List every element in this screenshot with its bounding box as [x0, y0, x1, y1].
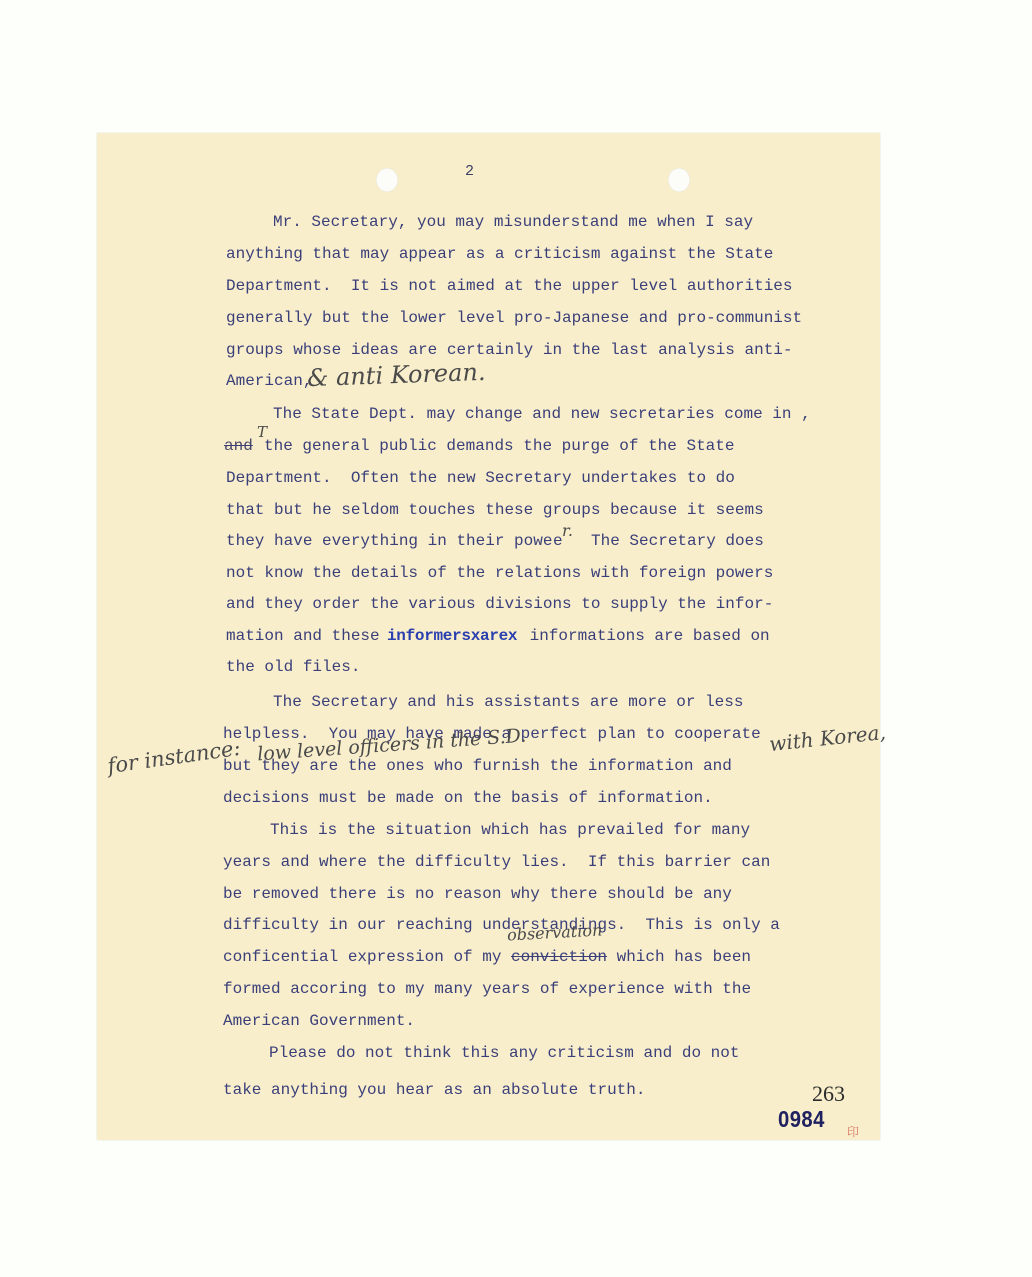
- text-line: Mr. Secretary, you may misunderstand me …: [273, 212, 753, 232]
- punch-hole-right: [668, 168, 690, 192]
- text-line: The State Dept. may change and new secre…: [273, 404, 811, 424]
- text-line: not know the details of the relations wi…: [226, 563, 773, 583]
- text-line: generally but the lower level pro-Japane…: [226, 308, 802, 328]
- text-line: formed accoring to my many years of expe…: [223, 979, 751, 999]
- page-number: 2: [465, 163, 474, 180]
- text-line: and they order the various divisions to …: [226, 594, 773, 614]
- handwritten-with-korea: with Korea,: [768, 720, 887, 756]
- text-line: The Secretary and his assistants are mor…: [273, 692, 743, 712]
- text-line: American,: [226, 371, 312, 391]
- struck-word-and: and: [224, 436, 253, 456]
- text-line: they have everything in their powe: [226, 531, 552, 551]
- text-line: informations are based on: [520, 626, 770, 646]
- handwritten-anti-korean: & anti Korean.: [307, 358, 486, 392]
- text-line: difficulty in our reaching understanding…: [223, 915, 780, 935]
- text-line: that but he seldom touches these groups …: [226, 500, 764, 520]
- text-line: years and where the difficulty lies. If …: [223, 852, 770, 872]
- text-line: but they are the ones who furnish the in…: [223, 756, 732, 776]
- red-seal-mark: 印: [847, 1123, 869, 1137]
- text-line: mation and these: [226, 626, 389, 646]
- text-line: decisions must be made on the basis of i…: [223, 788, 713, 808]
- text-line: the old files.: [226, 657, 360, 677]
- text-line: Please do not think this any criticism a…: [269, 1043, 739, 1063]
- handwritten-power-correction: r.: [562, 521, 573, 540]
- text-line: be removed there is no reason why there …: [223, 884, 732, 904]
- text-line: American Government.: [223, 1011, 415, 1031]
- text-line: groups whose ideas are certainly in the …: [226, 340, 793, 360]
- folio-number: 263: [812, 1081, 845, 1107]
- handwritten-observation: observation: [507, 921, 603, 945]
- punch-hole-left: [376, 168, 398, 192]
- overtyped-text: informersxarex: [387, 626, 517, 646]
- text-line: Department. It is not aimed at the upper…: [226, 276, 793, 296]
- text-line: Department. Often the new Secretary unde…: [226, 468, 735, 488]
- archive-number-stamp: 0984: [778, 1106, 825, 1133]
- text-line: take anything you hear as an absolute tr…: [223, 1080, 645, 1100]
- text-line: The Secretary does: [591, 531, 764, 551]
- text-line: This is the situation which has prevaile…: [270, 820, 750, 840]
- text-line: the general public demands the purge of …: [264, 436, 734, 456]
- text-line: conficential expression of my: [223, 947, 511, 967]
- text-line: anything that may appear as a criticism …: [226, 244, 773, 264]
- struck-word-conviction: conviction: [511, 947, 607, 967]
- handwritten-for-instance: for instance:: [106, 736, 242, 778]
- text-line: which has been: [607, 947, 751, 967]
- document-page: 2 Mr. Secretary, you may misunderstand m…: [97, 133, 880, 1140]
